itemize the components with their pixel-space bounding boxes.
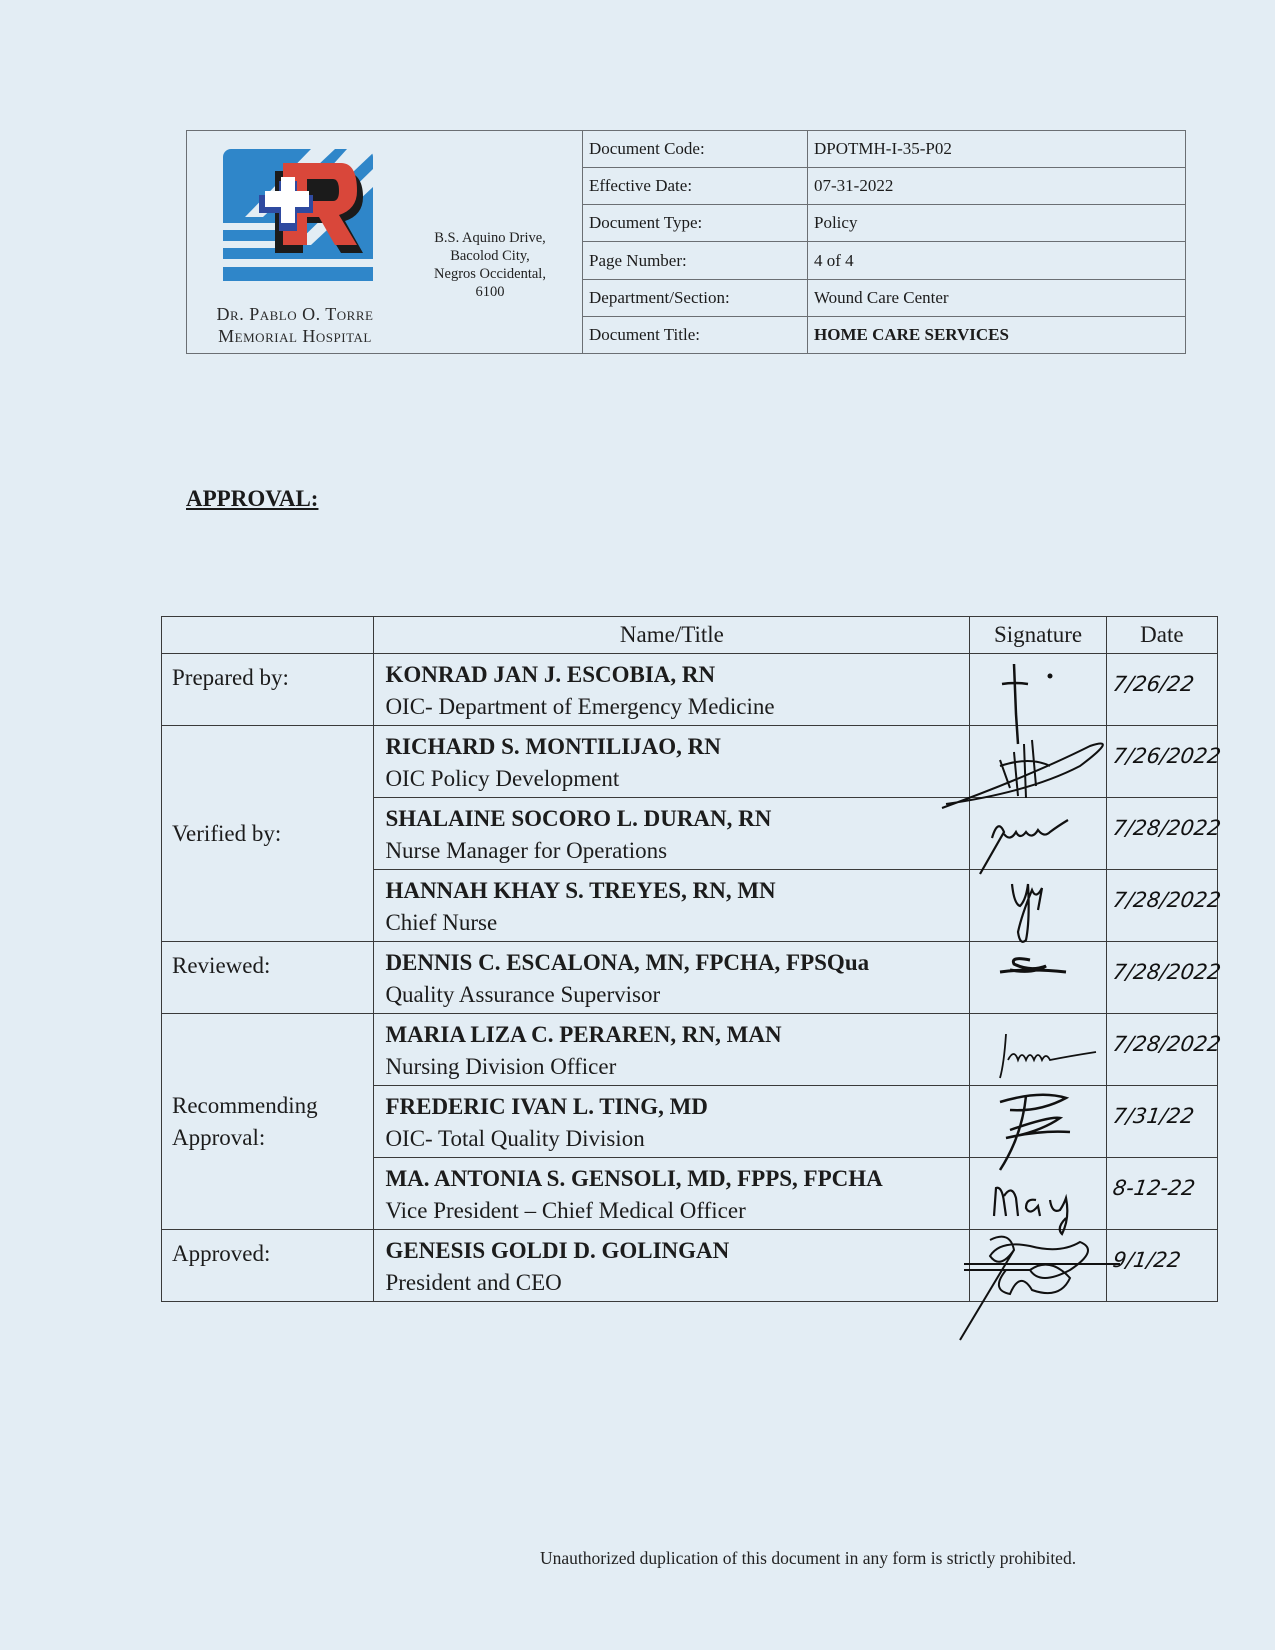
- date-cell: 7/28/2022: [1106, 798, 1217, 870]
- person-title: OIC- Department of Emergency Medicine: [375, 691, 968, 724]
- column-header-name-title: Name/Title: [374, 617, 970, 654]
- person-title: Quality Assurance Supervisor: [375, 979, 968, 1012]
- document-meta-table: Document Code: DPOTMH-I-35-P02 Effective…: [583, 131, 1185, 353]
- meta-row-effective-date: Effective Date: 07-31-2022: [583, 168, 1185, 205]
- name-title-cell: FREDERIC IVAN L. TING, MD OIC- Total Qua…: [374, 1086, 970, 1158]
- document-type: Policy: [808, 205, 1186, 242]
- address-line: Bacolod City,: [405, 247, 575, 265]
- person-name: MARIA LIZA C. PERAREN, RN, MAN: [375, 1015, 968, 1051]
- person-name: HANNAH KHAY S. TREYES, RN, MN: [375, 871, 968, 907]
- person-name: SHALAINE SOCORO L. DURAN, RN: [375, 799, 968, 835]
- person-title: OIC Policy Development: [375, 763, 968, 796]
- meta-row-type: Document Type: Policy: [583, 205, 1185, 242]
- signature-cell: [970, 654, 1106, 726]
- approval-heading: APPROVAL:: [186, 486, 318, 512]
- signed-date: 7/26/22: [1111, 672, 1195, 696]
- table-row: Reviewed: DENNIS C. ESCALONA, MN, FPCHA,…: [162, 942, 1218, 1014]
- signed-date: 7/28/2022: [1111, 816, 1222, 840]
- signed-date: 9/1/22: [1111, 1248, 1182, 1272]
- person-title: Nurse Manager for Operations: [375, 835, 968, 868]
- signature-cell: [970, 1158, 1106, 1230]
- meta-label: Document Code:: [583, 131, 808, 168]
- meta-label: Document Title:: [583, 316, 808, 353]
- name-title-cell: MA. ANTONIA S. GENSOLI, MD, FPPS, FPCHA …: [374, 1158, 970, 1230]
- address-line: Negros Occidental,: [405, 265, 575, 283]
- signed-date: 8-12-22: [1111, 1176, 1196, 1200]
- signature-icon: [970, 870, 1104, 938]
- signed-date: 7/26/2022: [1111, 744, 1222, 768]
- signed-date: 7/28/2022: [1111, 1032, 1222, 1056]
- document-page: Dr. Pablo O. Torre Memorial Hospital B.S…: [0, 0, 1275, 1650]
- date-cell: 7/26/2022: [1106, 726, 1217, 798]
- meta-row-page: Page Number: 4 of 4: [583, 242, 1185, 279]
- document-title: HOME CARE SERVICES: [808, 316, 1186, 353]
- signature-cell: [970, 798, 1106, 870]
- role-label: Prepared by:: [162, 654, 374, 726]
- approval-header-row: Name/Title Signature Date: [162, 617, 1218, 654]
- role-label: Approved:: [162, 1230, 374, 1302]
- signature-cell: [970, 1086, 1106, 1158]
- name-title-cell: HANNAH KHAY S. TREYES, RN, MN Chief Nurs…: [374, 870, 970, 942]
- signature-icon: [970, 1014, 1104, 1082]
- meta-row-code: Document Code: DPOTMH-I-35-P02: [583, 131, 1185, 168]
- meta-label: Document Type:: [583, 205, 808, 242]
- hospital-address: B.S. Aquino Drive, Bacolod City, Negros …: [405, 229, 575, 301]
- date-cell: 7/28/2022: [1106, 870, 1217, 942]
- role-label-line: Recommending: [172, 1090, 363, 1122]
- person-title: Nursing Division Officer: [375, 1051, 968, 1084]
- signature-cell: [970, 870, 1106, 942]
- date-cell: 9/1/22: [1106, 1230, 1217, 1302]
- name-title-cell: DENNIS C. ESCALONA, MN, FPCHA, FPSQua Qu…: [374, 942, 970, 1014]
- name-title-cell: KONRAD JAN J. ESCOBIA, RN OIC- Departmen…: [374, 654, 970, 726]
- table-row: Prepared by: KONRAD JAN J. ESCOBIA, RN O…: [162, 654, 1218, 726]
- address-line: B.S. Aquino Drive,: [405, 229, 575, 247]
- meta-label: Department/Section:: [583, 279, 808, 316]
- signature-icon: [970, 726, 1104, 794]
- footer-notice: Unauthorized duplication of this documen…: [540, 1548, 1076, 1569]
- person-title: Vice President – Chief Medical Officer: [375, 1195, 968, 1228]
- signature-icon: [970, 798, 1104, 866]
- meta-row-department: Department/Section: Wound Care Center: [583, 279, 1185, 316]
- table-row: Recommending Approval: MARIA LIZA C. PER…: [162, 1014, 1218, 1086]
- person-name: MA. ANTONIA S. GENSOLI, MD, FPPS, FPCHA: [375, 1159, 968, 1195]
- hospital-branding: Dr. Pablo O. Torre Memorial Hospital B.S…: [187, 131, 583, 353]
- person-title: Chief Nurse: [375, 907, 968, 940]
- table-row: Approved: GENESIS GOLDI D. GOLINGAN Pres…: [162, 1230, 1218, 1302]
- address-line: 6100: [405, 283, 575, 301]
- document-code: DPOTMH-I-35-P02: [808, 131, 1186, 168]
- person-title: President and CEO: [375, 1267, 968, 1300]
- date-cell: 8-12-22: [1106, 1158, 1217, 1230]
- role-label: Verified by:: [162, 726, 374, 942]
- role-label: Reviewed:: [162, 942, 374, 1014]
- role-label: Recommending Approval:: [162, 1014, 374, 1230]
- name-title-cell: MARIA LIZA C. PERAREN, RN, MAN Nursing D…: [374, 1014, 970, 1086]
- column-header-role: [162, 617, 374, 654]
- signature-cell: [970, 1230, 1106, 1302]
- hospital-logo-icon: [223, 149, 381, 297]
- meta-label: Page Number:: [583, 242, 808, 279]
- person-name: DENNIS C. ESCALONA, MN, FPCHA, FPSQua: [375, 943, 968, 979]
- name-title-cell: SHALAINE SOCORO L. DURAN, RN Nurse Manag…: [374, 798, 970, 870]
- person-title: OIC- Total Quality Division: [375, 1123, 968, 1156]
- role-label-line: Approval:: [172, 1122, 363, 1154]
- signature-icon: [970, 1086, 1104, 1154]
- column-header-date: Date: [1106, 617, 1217, 654]
- person-name: KONRAD JAN J. ESCOBIA, RN: [375, 655, 968, 691]
- person-name: GENESIS GOLDI D. GOLINGAN: [375, 1231, 968, 1267]
- signature-icon: [970, 942, 1104, 1010]
- signed-date: 7/28/2022: [1111, 888, 1222, 912]
- signature-icon: [970, 1230, 1104, 1298]
- page-number: 4 of 4: [808, 242, 1186, 279]
- meta-label: Effective Date:: [583, 168, 808, 205]
- signature-icon: [970, 1158, 1104, 1226]
- signed-date: 7/28/2022: [1111, 960, 1222, 984]
- signed-date: 7/31/22: [1111, 1104, 1195, 1128]
- signature-cell: [970, 1014, 1106, 1086]
- signature-cell: [970, 726, 1106, 798]
- date-cell: 7/26/22: [1106, 654, 1217, 726]
- hospital-name-line1: Dr. Pablo O. Torre: [197, 303, 393, 325]
- signature-cell: [970, 942, 1106, 1014]
- name-title-cell: RICHARD S. MONTILIJAO, RN OIC Policy Dev…: [374, 726, 970, 798]
- hospital-name: Dr. Pablo O. Torre Memorial Hospital: [197, 303, 393, 347]
- name-title-cell: GENESIS GOLDI D. GOLINGAN President and …: [374, 1230, 970, 1302]
- date-cell: 7/28/2022: [1106, 1014, 1217, 1086]
- effective-date: 07-31-2022: [808, 168, 1186, 205]
- document-header: Dr. Pablo O. Torre Memorial Hospital B.S…: [186, 130, 1186, 354]
- date-cell: 7/31/22: [1106, 1086, 1217, 1158]
- date-cell: 7/28/2022: [1106, 942, 1217, 1014]
- approval-table: Name/Title Signature Date Prepared by: K…: [161, 616, 1218, 1302]
- person-name: RICHARD S. MONTILIJAO, RN: [375, 727, 968, 763]
- meta-row-title: Document Title: HOME CARE SERVICES: [583, 316, 1185, 353]
- table-row: Verified by: RICHARD S. MONTILIJAO, RN O…: [162, 726, 1218, 798]
- signature-icon: [970, 654, 1104, 722]
- department-section: Wound Care Center: [808, 279, 1186, 316]
- hospital-name-line2: Memorial Hospital: [197, 325, 393, 347]
- person-name: FREDERIC IVAN L. TING, MD: [375, 1087, 968, 1123]
- column-header-signature: Signature: [970, 617, 1106, 654]
